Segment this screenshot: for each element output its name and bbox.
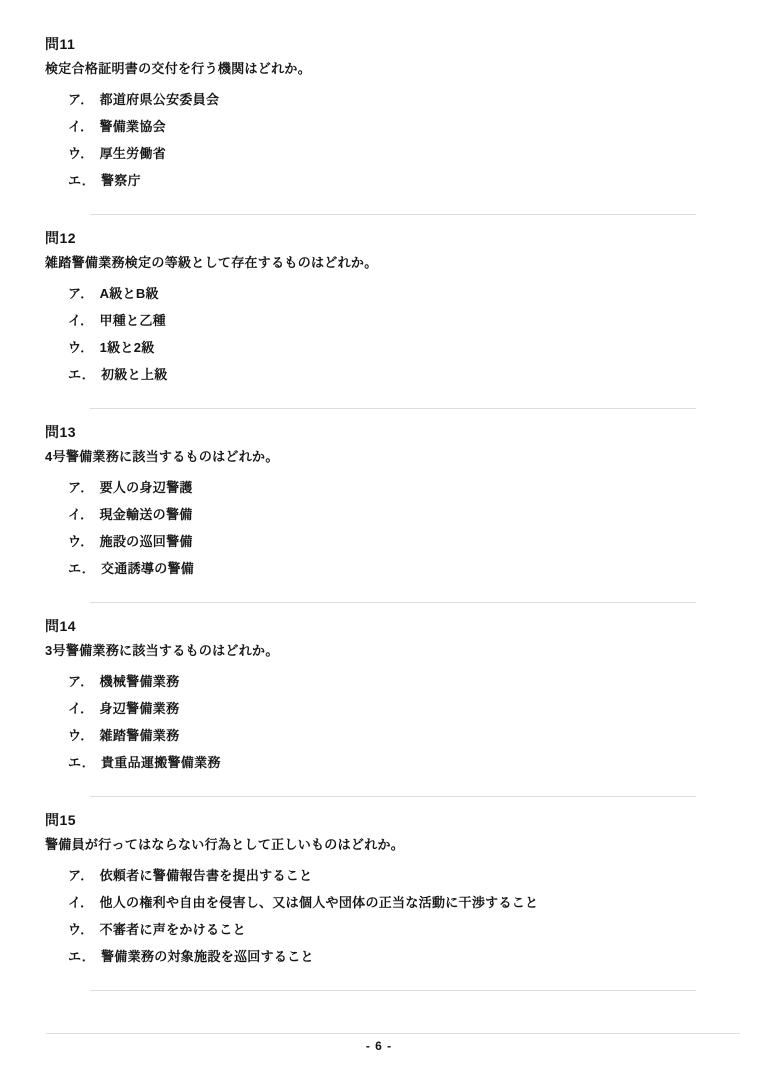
section-divider [90,408,696,409]
option-item: エ． 警備業務の対象施設を巡回すること [68,949,713,964]
question-block: 問14 3号警備業務に該当するものはどれか。 ア． 機械警備業務 イ． 身辺警備… [45,618,713,797]
option-label: ウ． [68,534,94,549]
option-item: イ． 警備業協会 [68,119,713,134]
option-text: 警察庁 [101,173,141,188]
option-item: ア． 機械警備業務 [68,674,713,689]
option-label: ア． [68,674,94,689]
question-block: 問15 警備員が行ってはならない行為として正しいものはどれか。 ア． 依頼者に警… [45,812,713,991]
document-page: 問11 検定合格証明書の交付を行う機関はどれか。 ア． 都道府県公安委員会 イ．… [0,0,758,1080]
option-text: 機械警備業務 [100,674,180,689]
question-text: 3号警備業務に該当するものはどれか。 [45,643,713,659]
option-label: ア． [68,868,94,883]
option-text: 甲種と乙種 [99,313,166,328]
option-text: 雑踏警備業務 [100,728,180,743]
option-label: ア． [68,286,94,301]
option-item: ウ． 厚生労働省 [68,146,713,161]
option-item: ア． 依頼者に警備報告書を提出すること [68,868,713,883]
question-number: 問15 [45,812,713,828]
option-item: イ． 身辺警備業務 [68,701,713,716]
option-item: ウ． 1級と2級 [68,340,713,355]
option-text: 依頼者に警備報告書を提出すること [100,868,313,883]
options-list: ア． 依頼者に警備報告書を提出すること イ． 他人の権利や自由を侵害し、又は個人… [68,868,713,964]
page-number: - 6 - [0,1039,758,1053]
option-text: A級とB級 [100,286,159,301]
option-item: ウ． 施設の巡回警備 [68,534,713,549]
option-label: ウ． [68,922,94,937]
option-text: 施設の巡回警備 [100,534,193,549]
options-list: ア． A級とB級 イ． 甲種と乙種 ウ． 1級と2級 エ． 初級と上級 [68,286,713,382]
options-list: ア． 都道府県公安委員会 イ． 警備業協会 ウ． 厚生労働省 エ． 警察庁 [68,92,713,188]
option-item: ア． 都道府県公安委員会 [68,92,713,107]
option-label: エ． [68,949,95,964]
option-item: エ． 警察庁 [68,173,713,188]
option-item: エ． 交通誘導の警備 [68,561,713,576]
option-item: イ． 現金輸送の警備 [68,507,713,522]
option-item: ウ． 不審者に声をかけること [68,922,713,937]
option-label: イ． [68,507,93,522]
option-text: 現金輸送の警備 [99,507,192,522]
section-divider [90,990,696,991]
question-text: 雑踏警備業務検定の等級として存在するものはどれか。 [45,255,713,271]
question-number: 問12 [45,230,713,246]
section-divider [90,602,696,603]
question-text: 警備員が行ってはならない行為として正しいものはどれか。 [45,837,713,853]
option-text: 都道府県公安委員会 [100,92,220,107]
question-block: 問11 検定合格証明書の交付を行う機関はどれか。 ア． 都道府県公安委員会 イ．… [45,36,713,215]
option-label: イ． [68,313,93,328]
option-text: 警備業協会 [99,119,166,134]
option-label: エ． [68,367,95,382]
option-text: 貴重品運搬警備業務 [101,755,221,770]
option-label: エ． [68,755,95,770]
option-label: イ． [68,119,93,134]
question-block: 問12 雑踏警備業務検定の等級として存在するものはどれか。 ア． A級とB級 イ… [45,230,713,409]
option-text: 要人の身辺警護 [100,480,193,495]
option-text: 身辺警備業務 [99,701,179,716]
options-list: ア． 要人の身辺警護 イ． 現金輸送の警備 ウ． 施設の巡回警備 エ． 交通誘導… [68,480,713,576]
option-label: エ． [68,173,95,188]
question-text: 検定合格証明書の交付を行う機関はどれか。 [45,61,713,77]
option-text: 厚生労働省 [100,146,167,161]
option-item: ア． 要人の身辺警護 [68,480,713,495]
question-number: 問13 [45,424,713,440]
footer-divider [46,1033,740,1034]
question-number: 問11 [45,36,713,52]
option-label: ウ． [68,728,94,743]
option-item: エ． 貴重品運搬警備業務 [68,755,713,770]
section-divider [90,796,696,797]
option-label: イ． [68,895,93,910]
option-text: 不審者に声をかけること [100,922,246,937]
option-text: 警備業務の対象施設を巡回すること [101,949,314,964]
option-text: 他人の権利や自由を侵害し、又は個人や団体の正当な活動に干渉すること [99,895,538,910]
questions-area: 問11 検定合格証明書の交付を行う機関はどれか。 ア． 都道府県公安委員会 イ．… [0,0,758,991]
option-item: ウ． 雑踏警備業務 [68,728,713,743]
option-item: イ． 甲種と乙種 [68,313,713,328]
option-label: イ． [68,701,93,716]
option-item: イ． 他人の権利や自由を侵害し、又は個人や団体の正当な活動に干渉すること [68,895,713,910]
option-label: ア． [68,92,94,107]
option-label: ウ． [68,340,94,355]
option-item: エ． 初級と上級 [68,367,713,382]
option-text: 初級と上級 [101,367,168,382]
question-number: 問14 [45,618,713,634]
section-divider [90,214,696,215]
option-label: ウ． [68,146,94,161]
option-text: 交通誘導の警備 [101,561,194,576]
option-item: ア． A級とB級 [68,286,713,301]
option-label: エ． [68,561,95,576]
question-block: 問13 4号警備業務に該当するものはどれか。 ア． 要人の身辺警護 イ． 現金輸… [45,424,713,603]
option-text: 1級と2級 [100,340,155,355]
option-label: ア． [68,480,94,495]
question-text: 4号警備業務に該当するものはどれか。 [45,449,713,465]
options-list: ア． 機械警備業務 イ． 身辺警備業務 ウ． 雑踏警備業務 エ． 貴重品運搬警備… [68,674,713,770]
